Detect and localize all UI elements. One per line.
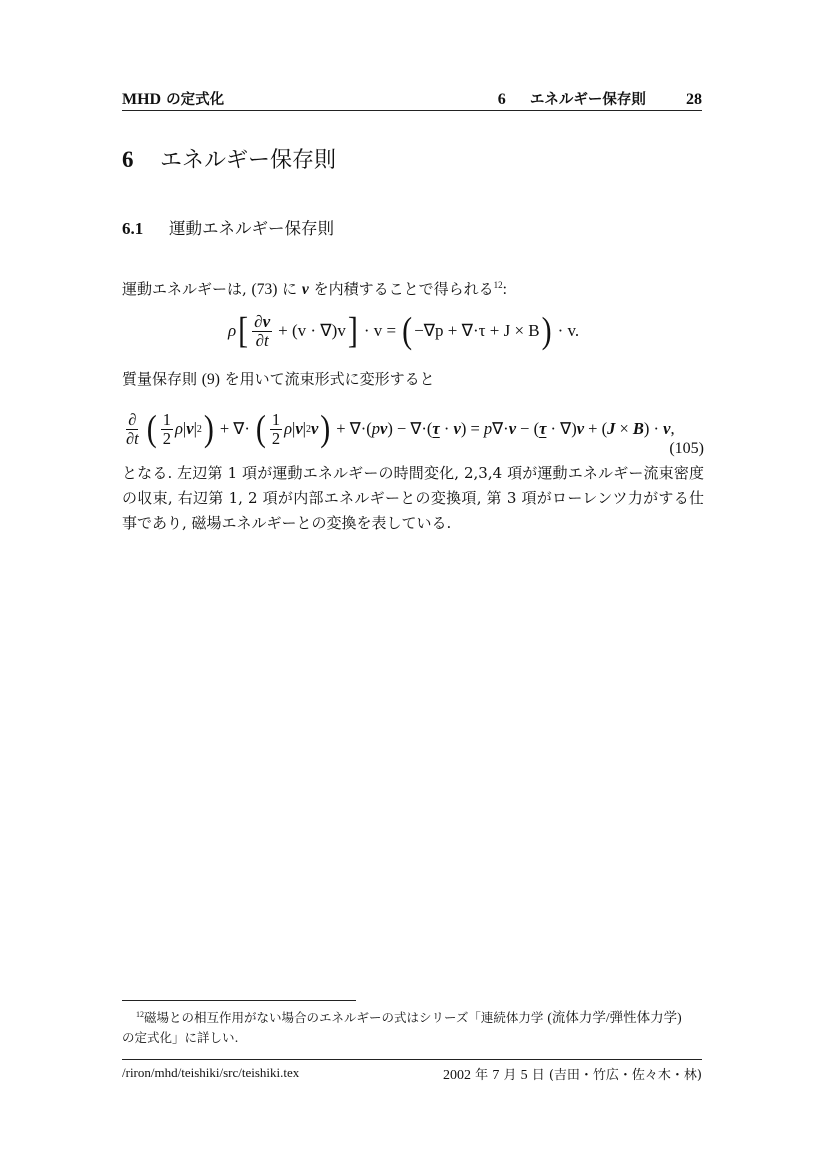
- subsection-heading: 6.1運動エネルギー保存則: [122, 215, 334, 239]
- equation-reference[interactable]: (9): [202, 371, 220, 388]
- fraction-dv-dt: ∂v ∂t: [252, 313, 272, 350]
- section-number: 6: [122, 147, 160, 173]
- footnote-rule: [122, 1000, 356, 1001]
- page-number: 28: [686, 91, 702, 108]
- subsection-number: 6.1: [122, 219, 169, 239]
- equation-105: ∂∂t ( 12ρ|v|2 ) + ∇· ( 12ρ|v|2v ) + ∇·(p…: [122, 404, 704, 454]
- header-rule: [122, 110, 702, 111]
- section-heading: 6エネルギー保存則: [122, 143, 336, 174]
- equation-kinetic-energy: ρ [ ∂v ∂t + (v · ∇)v ] · v = ( −∇p + ∇·τ…: [228, 306, 579, 356]
- equation-number: (105): [669, 440, 704, 458]
- paragraph-interpretation: となる. 左辺第 1 項が運動エネルギーの時間変化, 2,3,4 項が運動エネル…: [122, 461, 704, 536]
- header-section-title: エネルギー保存則: [530, 92, 646, 108]
- running-header: MHD の定式化 6 エネルギー保存則 28: [122, 88, 702, 112]
- footnote-12: 12磁場との相互作用がない場合のエネルギーの式はシリーズ「連続体力学 (流体力学…: [122, 1005, 704, 1048]
- paragraph-mass-conservation: 質量保存則 (9) を用いて流束形式に変形すると: [122, 367, 704, 392]
- section-title: エネルギー保存則: [160, 148, 336, 173]
- footer-file-path: /riron/mhd/teishiki/src/teishiki.tex: [122, 1065, 299, 1081]
- subsection-title: 運動エネルギー保存則: [169, 219, 334, 238]
- header-section-info: 6 エネルギー保存則 28: [498, 88, 702, 109]
- footer-date-authors: 2002 年 7 月 5 日 (吉田・竹広・佐々木・林): [443, 1064, 702, 1084]
- header-document-title: MHD の定式化: [122, 88, 224, 109]
- footnote-mark: 12: [136, 1010, 144, 1019]
- equation-reference[interactable]: (73): [252, 281, 278, 298]
- header-section-number: 6: [498, 91, 506, 108]
- footnote-marker[interactable]: 12: [494, 280, 503, 290]
- footer-rule: [122, 1059, 702, 1060]
- paragraph-intro: 運動エネルギーは, (73) に v を内積することで得られる12:: [122, 273, 704, 302]
